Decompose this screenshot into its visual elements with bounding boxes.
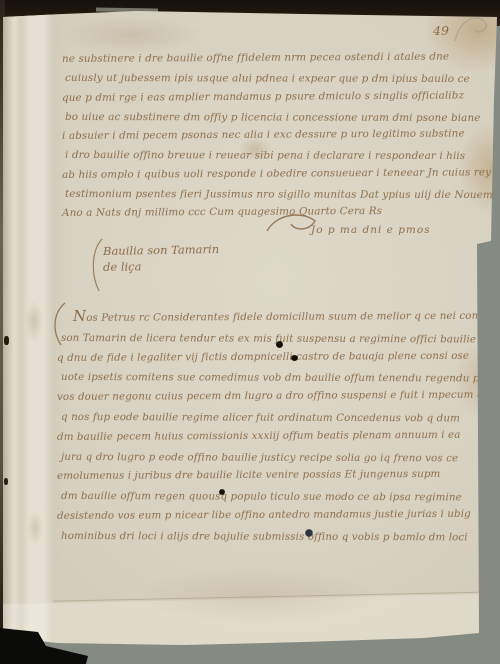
text-line: que p dmi rge i eas amplier mandamus p p… xyxy=(62,86,500,108)
wormhole-spot xyxy=(276,341,283,348)
text-line: dm bauilie pecem huius comissionis xxxii… xyxy=(57,425,500,447)
text-line: ne substinere i dre bauilie offne ffidel… xyxy=(62,47,500,69)
folio-number: 49 xyxy=(433,23,449,38)
rubric-line-2: de liça xyxy=(103,257,219,275)
text-line: Ano a Nats dnj millimo ccc Cum quagesimo… xyxy=(62,202,500,224)
text-line: Nos Petrus rc Considerantes fidele domic… xyxy=(73,305,500,329)
parchment-stain xyxy=(61,17,201,53)
edge-speck xyxy=(4,336,9,345)
manuscript-page: 49 ne substinere i dre bauilie offne ffi… xyxy=(3,11,500,648)
text-line: vos douer negonu cuius pecem dm lugro a … xyxy=(57,386,500,408)
wormhole-spot xyxy=(219,489,225,495)
edge-speck xyxy=(4,478,8,485)
entry-1-paragraph: ne substinere i dre bauilie offne ffidel… xyxy=(62,50,500,224)
ink-blot xyxy=(305,529,313,537)
rubric-heading: Bauilia son Tamarin de liça xyxy=(103,243,219,275)
text-line: desistendo vos eum p nicear libe offino … xyxy=(57,504,500,526)
text-line: i absuier i dmi pecem psonas nec alia i … xyxy=(62,124,500,146)
text-line: ab hiis omplo i quibus uoli responde i o… xyxy=(62,163,500,185)
chancery-note: Jo p ma dni e pmos xyxy=(311,224,431,236)
wormhole-spot xyxy=(291,355,298,361)
under-leaf-edge xyxy=(3,594,500,650)
text-line: q dnu de fide i legaliter vij fictis dom… xyxy=(57,346,500,368)
text-line: emolumenus i juribus dre bauilie licite … xyxy=(57,465,500,487)
text-line: hominibus dri loci i alijs dre bajulie s… xyxy=(61,527,500,548)
